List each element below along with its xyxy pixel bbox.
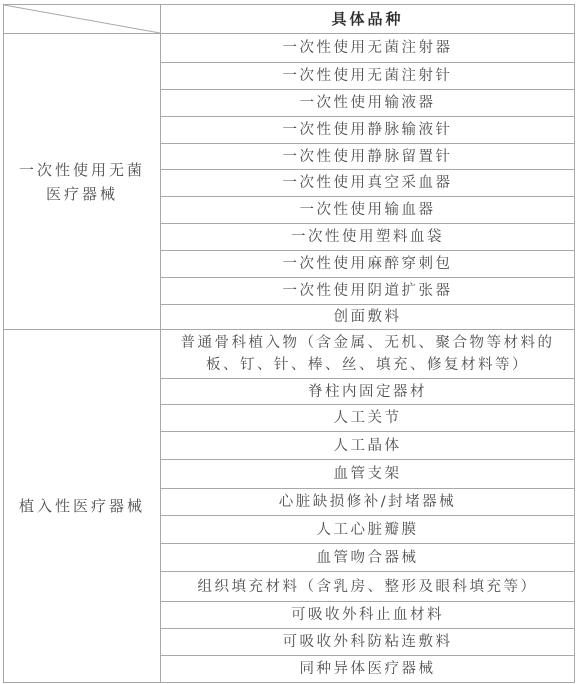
item-cell: 创面敷料: [161, 305, 575, 330]
item-cell: 普通骨科植入物（含金属、无机、聚合物等材料的板、钉、针、棒、丝、填充、修复材料等…: [161, 330, 575, 379]
item-cell: 人工心脏瓣膜: [161, 516, 575, 544]
category-cell-sterile-disposable: 一次性使用无菌医疗器械: [4, 34, 161, 330]
item-cell: 人工晶体: [161, 432, 575, 460]
item-cell: 一次性使用塑料血袋: [161, 224, 575, 251]
item-cell: 心脏缺损修补/封堵器械: [161, 489, 575, 516]
column-header-specific-variety: 具体品种: [161, 5, 575, 34]
item-cell: 一次性使用静脉留置针: [161, 144, 575, 170]
category-cell-implantable: 植入性医疗器械: [4, 330, 161, 683]
item-cell: 一次性使用输液器: [161, 90, 575, 117]
item-cell: 一次性使用无菌注射针: [161, 63, 575, 90]
device-category-table-container: 具体品种 一次性使用无菌医疗器械 一次性使用无菌注射器 一次性使用无菌注射针 一…: [3, 4, 574, 681]
item-cell: 可吸收外科止血材料: [161, 602, 575, 629]
item-cell: 一次性使用输血器: [161, 197, 575, 224]
item-cell: 一次性使用阴道扩张器: [161, 278, 575, 305]
table-row: 植入性医疗器械 普通骨科植入物（含金属、无机、聚合物等材料的板、钉、针、棒、丝、…: [4, 330, 575, 379]
item-cell: 组织填充材料（含乳房、整形及眼科填充等）: [161, 572, 575, 602]
item-cell: 一次性使用无菌注射器: [161, 34, 575, 63]
item-cell: 脊柱内固定器材: [161, 379, 575, 405]
item-cell: 人工关节: [161, 405, 575, 432]
item-cell: 血管吻合器械: [161, 544, 575, 572]
item-cell: 一次性使用静脉输液针: [161, 117, 575, 144]
item-cell: 血管支架: [161, 460, 575, 489]
item-cell: 可吸收外科防粘连敷料: [161, 629, 575, 656]
diagonal-line-icon: [4, 5, 160, 33]
device-category-table: 具体品种 一次性使用无菌医疗器械 一次性使用无菌注射器 一次性使用无菌注射针 一…: [3, 4, 575, 683]
table-header-row: 具体品种: [4, 5, 575, 34]
table-row: 一次性使用无菌医疗器械 一次性使用无菌注射器: [4, 34, 575, 63]
diagonal-corner-cell: [4, 5, 161, 34]
item-cell: 一次性使用麻醉穿刺包: [161, 251, 575, 278]
item-cell: 一次性使用真空采血器: [161, 170, 575, 197]
item-cell: 同种异体医疗器械: [161, 656, 575, 683]
